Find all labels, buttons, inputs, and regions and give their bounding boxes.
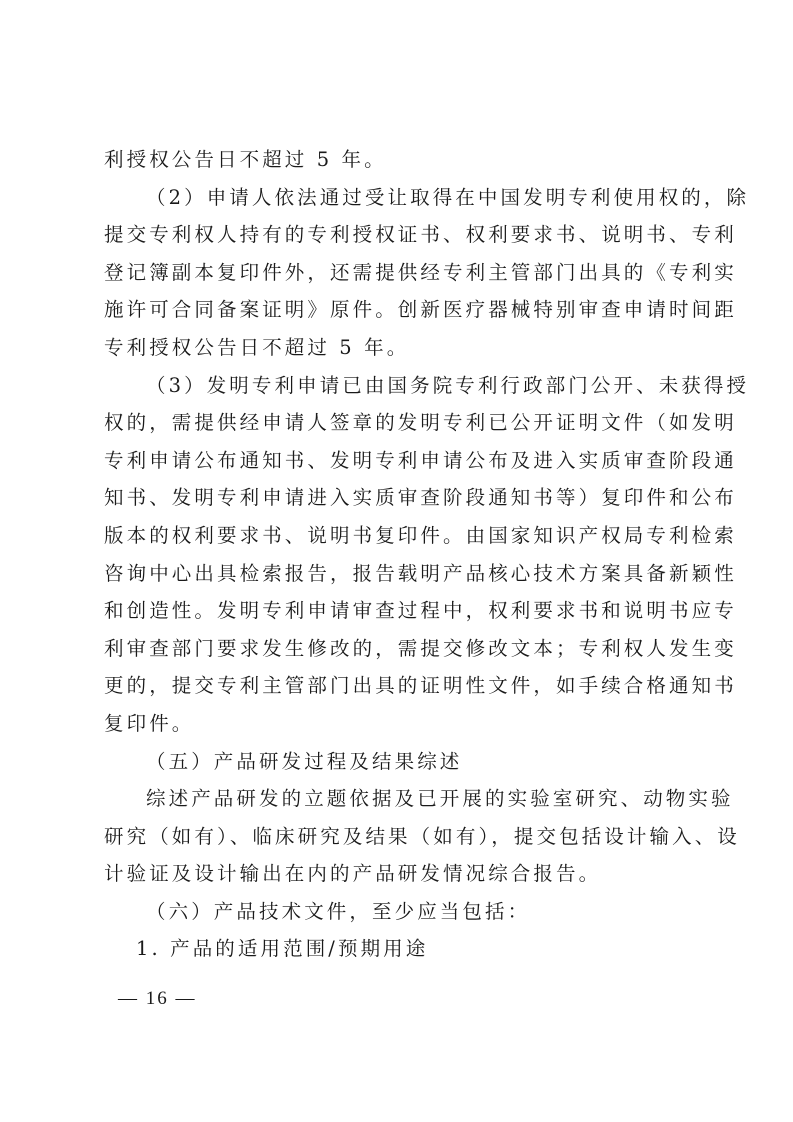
paragraph-line: 提交专利权人持有的专利授权证书、权利要求书、说明书、专利 [104, 216, 694, 254]
paragraph-line: 登记簿副本复印件外，还需提供经专利主管部门出具的《专利实 [104, 254, 694, 292]
paragraph-line: 和创造性。发明专利申请审查过程中，权利要求书和说明书应专 [104, 592, 694, 630]
paragraph-line: 利审查部门要求发生修改的，需提交修改文本；专利权人发生变 [104, 630, 694, 668]
paragraph-line-item-2: （2）申请人依法通过受让取得在中国发明专利使用权的，除 [104, 179, 694, 217]
paragraph-line: 专利授权公告日不超过 5 年。 [104, 329, 694, 367]
paragraph-line: 专利申请公布通知书、发明专利申请公布及进入实质审查阶段通 [104, 442, 694, 480]
list-item-1: 1. 产品的适用范围/预期用途 [104, 930, 694, 968]
paragraph-line: 版本的权利要求书、说明书复印件。由国家知识产权局专利检索 [104, 517, 694, 555]
paragraph-line: 综述产品研发的立题依据及已开展的实验室研究、动物实验 [104, 780, 694, 818]
paragraph-line: 更的，提交专利主管部门出具的证明性文件，如手续合格通知书 [104, 667, 694, 705]
paragraph-line: 复印件。 [104, 705, 694, 743]
paragraph-line: 研究（如有）、临床研究及结果（如有），提交包括设计输入、设 [104, 818, 694, 856]
paragraph-line: 施许可合同备案证明》原件。创新医疗器械特别审查申请时间距 [104, 291, 694, 329]
paragraph-line: 计验证及设计输出在内的产品研发情况综合报告。 [104, 855, 694, 893]
paragraph-line: 知书、发明专利申请进入实质审查阶段通知书等）复印件和公布 [104, 479, 694, 517]
page-number: — 16 — [118, 988, 197, 1010]
section-heading-5: （五）产品研发过程及结果综述 [104, 743, 694, 781]
paragraph-line: 咨询中心出具检索报告，报告载明产品核心技术方案具备新颖性 [104, 555, 694, 593]
paragraph-line-item-3: （3）发明专利申请已由国务院专利行政部门公开、未获得授 [104, 367, 694, 405]
paragraph-line: 利授权公告日不超过 5 年。 [104, 141, 694, 179]
document-body: 利授权公告日不超过 5 年。 （2）申请人依法通过受让取得在中国发明专利使用权的… [104, 141, 694, 968]
paragraph-line: 权的，需提供经申请人签章的发明专利已公开证明文件（如发明 [104, 404, 694, 442]
section-heading-6: （六）产品技术文件，至少应当包括： [104, 893, 694, 931]
